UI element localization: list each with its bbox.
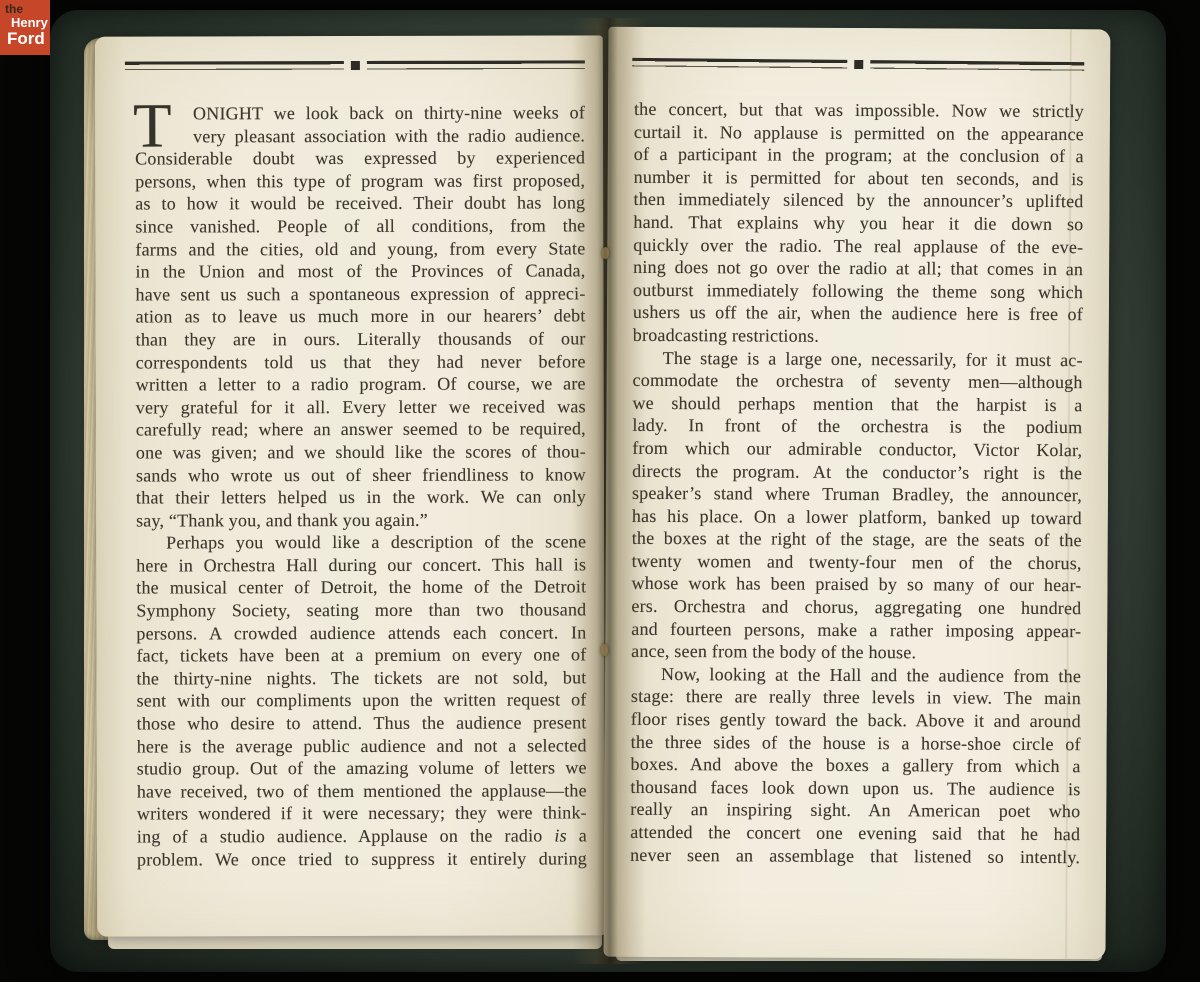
text-line: written a letter to a radio program. Of …: [136, 373, 586, 397]
text-line: ance, seen from the body of the house.: [631, 640, 1081, 665]
text-line: Now, looking at the Hall and the audienc…: [631, 663, 1081, 688]
text-line: the musical center of Detroit, the home …: [136, 576, 586, 600]
logo-text-henry: Henry: [11, 15, 48, 30]
text-line: quickly over the radio. The real applaus…: [633, 233, 1083, 258]
text-line: sent with our compliments upon the writt…: [137, 689, 587, 713]
text-line: farms and the cities, old and young, fro…: [135, 237, 585, 261]
text-line: commodate the orchestra of seventy men—a…: [633, 369, 1083, 394]
text-line: than they are in ours. Literally thousan…: [136, 327, 586, 351]
text-line: twenty women and twenty-four men of the …: [632, 550, 1082, 575]
text-line: very grateful for it all. Every letter w…: [136, 395, 586, 419]
text-line: ONIGHT we look back on thirty-nine weeks…: [193, 101, 585, 125]
drop-cap: T: [133, 99, 172, 151]
right-page-text: the concert, but that was impossible. No…: [630, 98, 1084, 869]
text-line: have sent us such a spontaneous expressi…: [135, 282, 585, 306]
text-line: speaker’s stand where Truman Bradley, th…: [632, 482, 1082, 507]
text-line: broadcasting restrictions.: [633, 324, 1083, 349]
text-line: fact, tickets have been at a premium on …: [136, 644, 586, 668]
rule-center-square: [350, 61, 359, 70]
text-line: outburst immediately following the theme…: [633, 279, 1083, 304]
text-line: boxes. And above the boxes a gallery fro…: [631, 753, 1081, 778]
text-line: here is the average public audience and …: [137, 734, 587, 758]
header-rule-left: [125, 60, 585, 71]
text-line: whose work has been praised by so many o…: [631, 572, 1081, 597]
text-line: as to how it would be received. Their do…: [135, 192, 585, 216]
text-line: never seen an assemblage that listened s…: [630, 843, 1080, 868]
text-line: persons, when this type of program was f…: [135, 169, 585, 193]
text-line: the concert, but that was impossible. No…: [634, 98, 1084, 123]
text-line: since vanished. People of all conditions…: [135, 214, 585, 238]
text-line: have received, two of them mentioned the…: [137, 779, 587, 803]
rule-center-square: [854, 60, 863, 69]
text-line: stage: there are really three levels in …: [631, 685, 1081, 710]
text-line: Perhaps you would like a description of …: [136, 531, 586, 555]
text-line: ushers us off the air, when the audience…: [633, 301, 1083, 326]
text-line: persons. A crowded audience attends each…: [136, 621, 586, 645]
right-page: the concert, but that was impossible. No…: [604, 27, 1111, 960]
text-line: here in Orchestra Hall during our concer…: [136, 553, 586, 577]
text-line: of a participant in the program; at the …: [634, 143, 1084, 168]
text-line: then immediately silenced by the announc…: [633, 188, 1083, 213]
text-line: ning does not go over the radio at all; …: [633, 256, 1083, 281]
text-line: hand. That explains why you hear it die …: [633, 211, 1083, 236]
text-line: studio group. Out of the amazing volume …: [137, 757, 587, 781]
text-line: curtail it. No applause is permitted on …: [634, 120, 1084, 145]
text-line: from which our admirable conductor, Vict…: [632, 437, 1082, 462]
henry-ford-logo: the Henry Ford: [0, 0, 50, 55]
text-line: ers. Orchestra and chorus, aggregating o…: [631, 595, 1081, 620]
text-line: really an inspiring sight. An American p…: [630, 798, 1080, 823]
text-line: ing of a studio audience. Applause on th…: [137, 824, 587, 848]
text-line: the three sides of the house is a horse-…: [631, 730, 1081, 755]
text-line: lady. In front of the orchestra is the p…: [632, 414, 1082, 439]
text-line: those who desire to attend. Thus the aud…: [137, 711, 587, 735]
text-line: has his place. On a lower platform, bank…: [632, 505, 1082, 530]
text-line: thousand faces look down upon us. The au…: [630, 776, 1080, 801]
text-line: Symphony Society, seating more than two …: [136, 598, 586, 622]
rule-segment: [870, 60, 1085, 72]
book-photo: { "photo": { "background_color": "#06060…: [0, 0, 1200, 982]
logo-text-ford: Ford: [7, 29, 45, 49]
text-line: problem. We once tried to suppress it en…: [137, 847, 587, 871]
text-line: The stage is a large one, necessarily, f…: [633, 346, 1083, 371]
header-rule-right: [632, 58, 1084, 72]
logo-text-the: the: [5, 2, 23, 16]
binding-stitch: [602, 247, 609, 259]
text-line: ation as to leave us much more in our he…: [136, 305, 586, 329]
text-line: Considerable doubt was expressed by expe…: [135, 147, 585, 171]
text-line: directs the program. At the conductor’s …: [632, 459, 1082, 484]
text-line: one was given; and we should like the sc…: [136, 440, 586, 464]
left-page-text: T ONIGHT we look back on thirty-nine wee…: [135, 101, 587, 870]
text-line: floor rises gently toward the back. Abov…: [631, 708, 1081, 733]
binding-stitch: [601, 644, 608, 656]
text-line: very pleasant association with the radio…: [193, 124, 585, 148]
text-line: writers wondered if it were necessary; t…: [137, 802, 587, 826]
text-line: attended the concert one evening said th…: [630, 821, 1080, 846]
rule-segment: [632, 58, 847, 70]
text-line: sands who wrote us out of sheer friendli…: [136, 463, 586, 487]
text-line: in the Union and most of the Provinces o…: [135, 260, 585, 284]
text-line: and fourteen persons, make a rather impo…: [631, 617, 1081, 642]
text-line: correspondents told us that they had nev…: [136, 350, 586, 374]
text-line: say, “Thank you, and thank you again.”: [136, 508, 586, 532]
rule-segment: [366, 60, 585, 71]
text-line: number it is permitted for about ten sec…: [634, 166, 1084, 191]
text-line: the boxes at the right of the stage, are…: [632, 527, 1082, 552]
text-line: that their letters helped us in the work…: [136, 485, 586, 509]
text-line: the thirty-nine nights. The tickets are …: [136, 666, 586, 690]
left-page: T ONIGHT we look back on thirty-nine wee…: [95, 35, 605, 936]
text-line: carefully read; where an answer seemed t…: [136, 418, 586, 442]
rule-segment: [125, 61, 344, 72]
text-line: we should perhaps mention that the harpi…: [632, 392, 1082, 417]
